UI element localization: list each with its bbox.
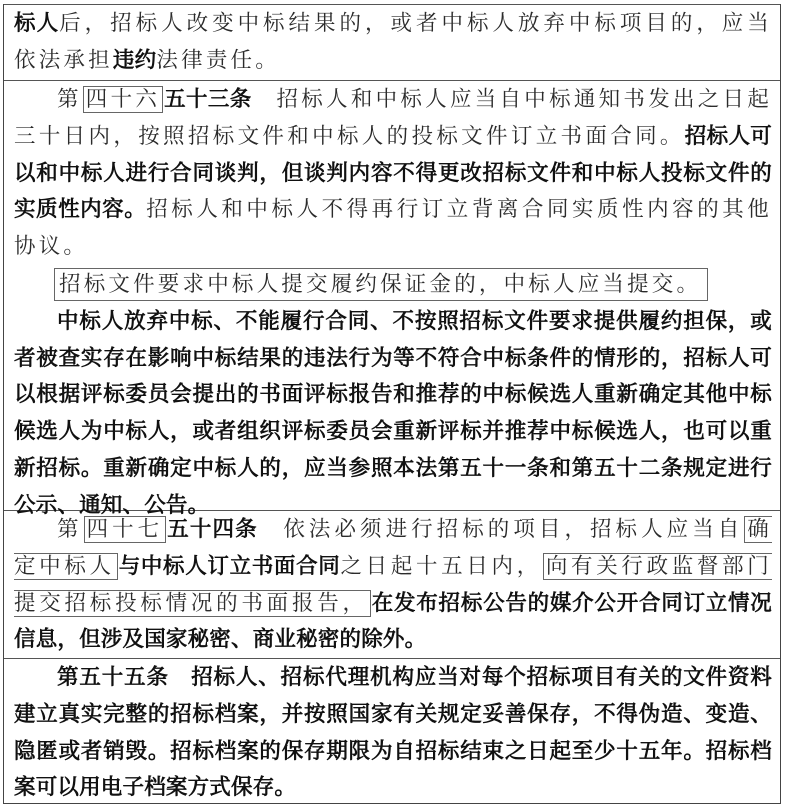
- article-53-paragraph: 第四十六五十三条 招标人和中标人应当自中标通知书发出之日起三十日内，按照招标文件…: [14, 82, 772, 266]
- bold-text: 违约: [113, 48, 157, 73]
- new-article-number: 五十三条: [164, 87, 252, 112]
- text: 法律责任。: [156, 48, 280, 73]
- added-text: 与中标人订立书面合同: [119, 554, 341, 579]
- deleted-article-number: 四十六: [83, 86, 163, 113]
- deleted-paragraph: 招标文件要求中标人提交履约保证金的，中标人应当提交。: [54, 268, 708, 301]
- article-title: 第五十五条: [57, 665, 169, 690]
- article-prefix: 第: [57, 87, 82, 112]
- deleted-paragraph-wrapper: 招标文件要求中标人提交履约保证金的，中标人应当提交。: [14, 266, 772, 304]
- table-row-article-54: 第四十七五十四条 依法必须进行招标的项目，招标人应当自确定中标人与中标人订立书面…: [4, 510, 780, 658]
- article-54-paragraph: 第四十七五十四条 依法必须进行招标的项目，招标人应当自确定中标人与中标人订立书面…: [14, 512, 772, 659]
- paragraph: 标人后，招标人改变中标结果的，或者中标人放弃中标项目的，应当依法承担违约法律责任…: [14, 6, 772, 80]
- legal-amendment-table: 标人后，招标人改变中标结果的，或者中标人放弃中标项目的，应当依法承担违约法律责任…: [3, 4, 781, 804]
- article-prefix: 第: [57, 517, 83, 542]
- table-row-continuation: 标人后，招标人改变中标结果的，或者中标人放弃中标项目的，应当依法承担违约法律责任…: [4, 4, 780, 80]
- bold-text: 标人: [14, 11, 59, 36]
- deleted-article-number: 四十七: [84, 516, 167, 543]
- article-55-paragraph: 第五十五条 招标人、招标代理机构应当对每个招标项目有关的文件资料建立真实完整的招…: [14, 660, 772, 804]
- table-row-article-53: 第四十六五十三条 招标人和中标人应当自中标通知书发出之日起三十日内，按照招标文件…: [4, 80, 780, 510]
- text: 之日起十五日内，: [340, 554, 541, 579]
- table-row-article-55: 第五十五条 招标人、招标代理机构应当对每个招标项目有关的文件资料建立真实完整的招…: [4, 658, 780, 804]
- text: 依法必须进行招标的项目，招标人应当自: [258, 517, 743, 542]
- new-article-number: 五十四条: [167, 517, 258, 542]
- added-paragraph: 中标人放弃中标、不能履行合同、不按照招标文件要求提供履约担保，或者被查实存在影响…: [14, 304, 772, 525]
